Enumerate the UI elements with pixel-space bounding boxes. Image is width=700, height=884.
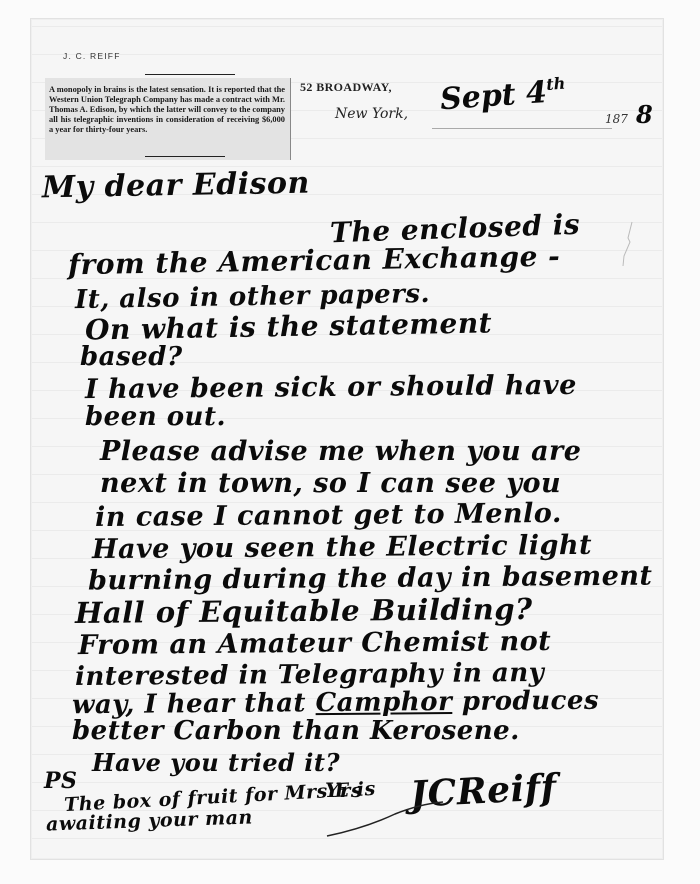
- letter-line: Have you seen the Electric light: [92, 530, 592, 565]
- clipping-bottom-rule: [145, 156, 225, 157]
- letterhead-address: 52 BROADWAY,: [300, 80, 392, 95]
- letter-line: next in town, so I can see you: [100, 468, 561, 499]
- letter-line: better Carbon than Kerosene.: [72, 716, 520, 746]
- clipping-top-rule: [145, 74, 235, 75]
- salutation: My dear Edison: [42, 166, 310, 206]
- letter-line: been out.: [85, 402, 226, 432]
- letter-line: From an Amateur Chemist not: [78, 626, 551, 661]
- letter-line: burning during the day in basement: [88, 561, 653, 597]
- newspaper-clipping: A monopoly in brains is the latest sensa…: [45, 78, 291, 160]
- pencil-mark-icon: [620, 220, 634, 270]
- underlined-word-camphor: Camphor: [315, 687, 452, 718]
- letter-line: in case I cannot get to Menlo.: [95, 498, 562, 533]
- date-suffix: th: [546, 74, 566, 94]
- letterhead-city: New York,: [335, 106, 408, 122]
- letter-line: Please advise me when you are: [100, 436, 581, 467]
- date-month-day: Sept 4: [439, 75, 548, 117]
- line-text: produces: [452, 686, 599, 717]
- closing: Yrs: [325, 778, 363, 802]
- letter-line: Hall of Equitable Building?: [75, 592, 533, 630]
- letter-line: Have you tried it?: [92, 748, 340, 777]
- postscript-mark: PS: [44, 768, 77, 794]
- date-line: [432, 128, 612, 129]
- year-prefix: 187: [605, 112, 628, 126]
- year-handwritten: 8: [636, 100, 653, 129]
- letter-line: I have been sick or should have: [85, 370, 577, 405]
- letterhead-name: J. C. REIFF: [63, 51, 121, 61]
- clipping-text: A monopoly in brains is the latest sensa…: [49, 81, 285, 135]
- signature-flourish-icon: [325, 800, 445, 840]
- letter-line: based?: [80, 342, 183, 372]
